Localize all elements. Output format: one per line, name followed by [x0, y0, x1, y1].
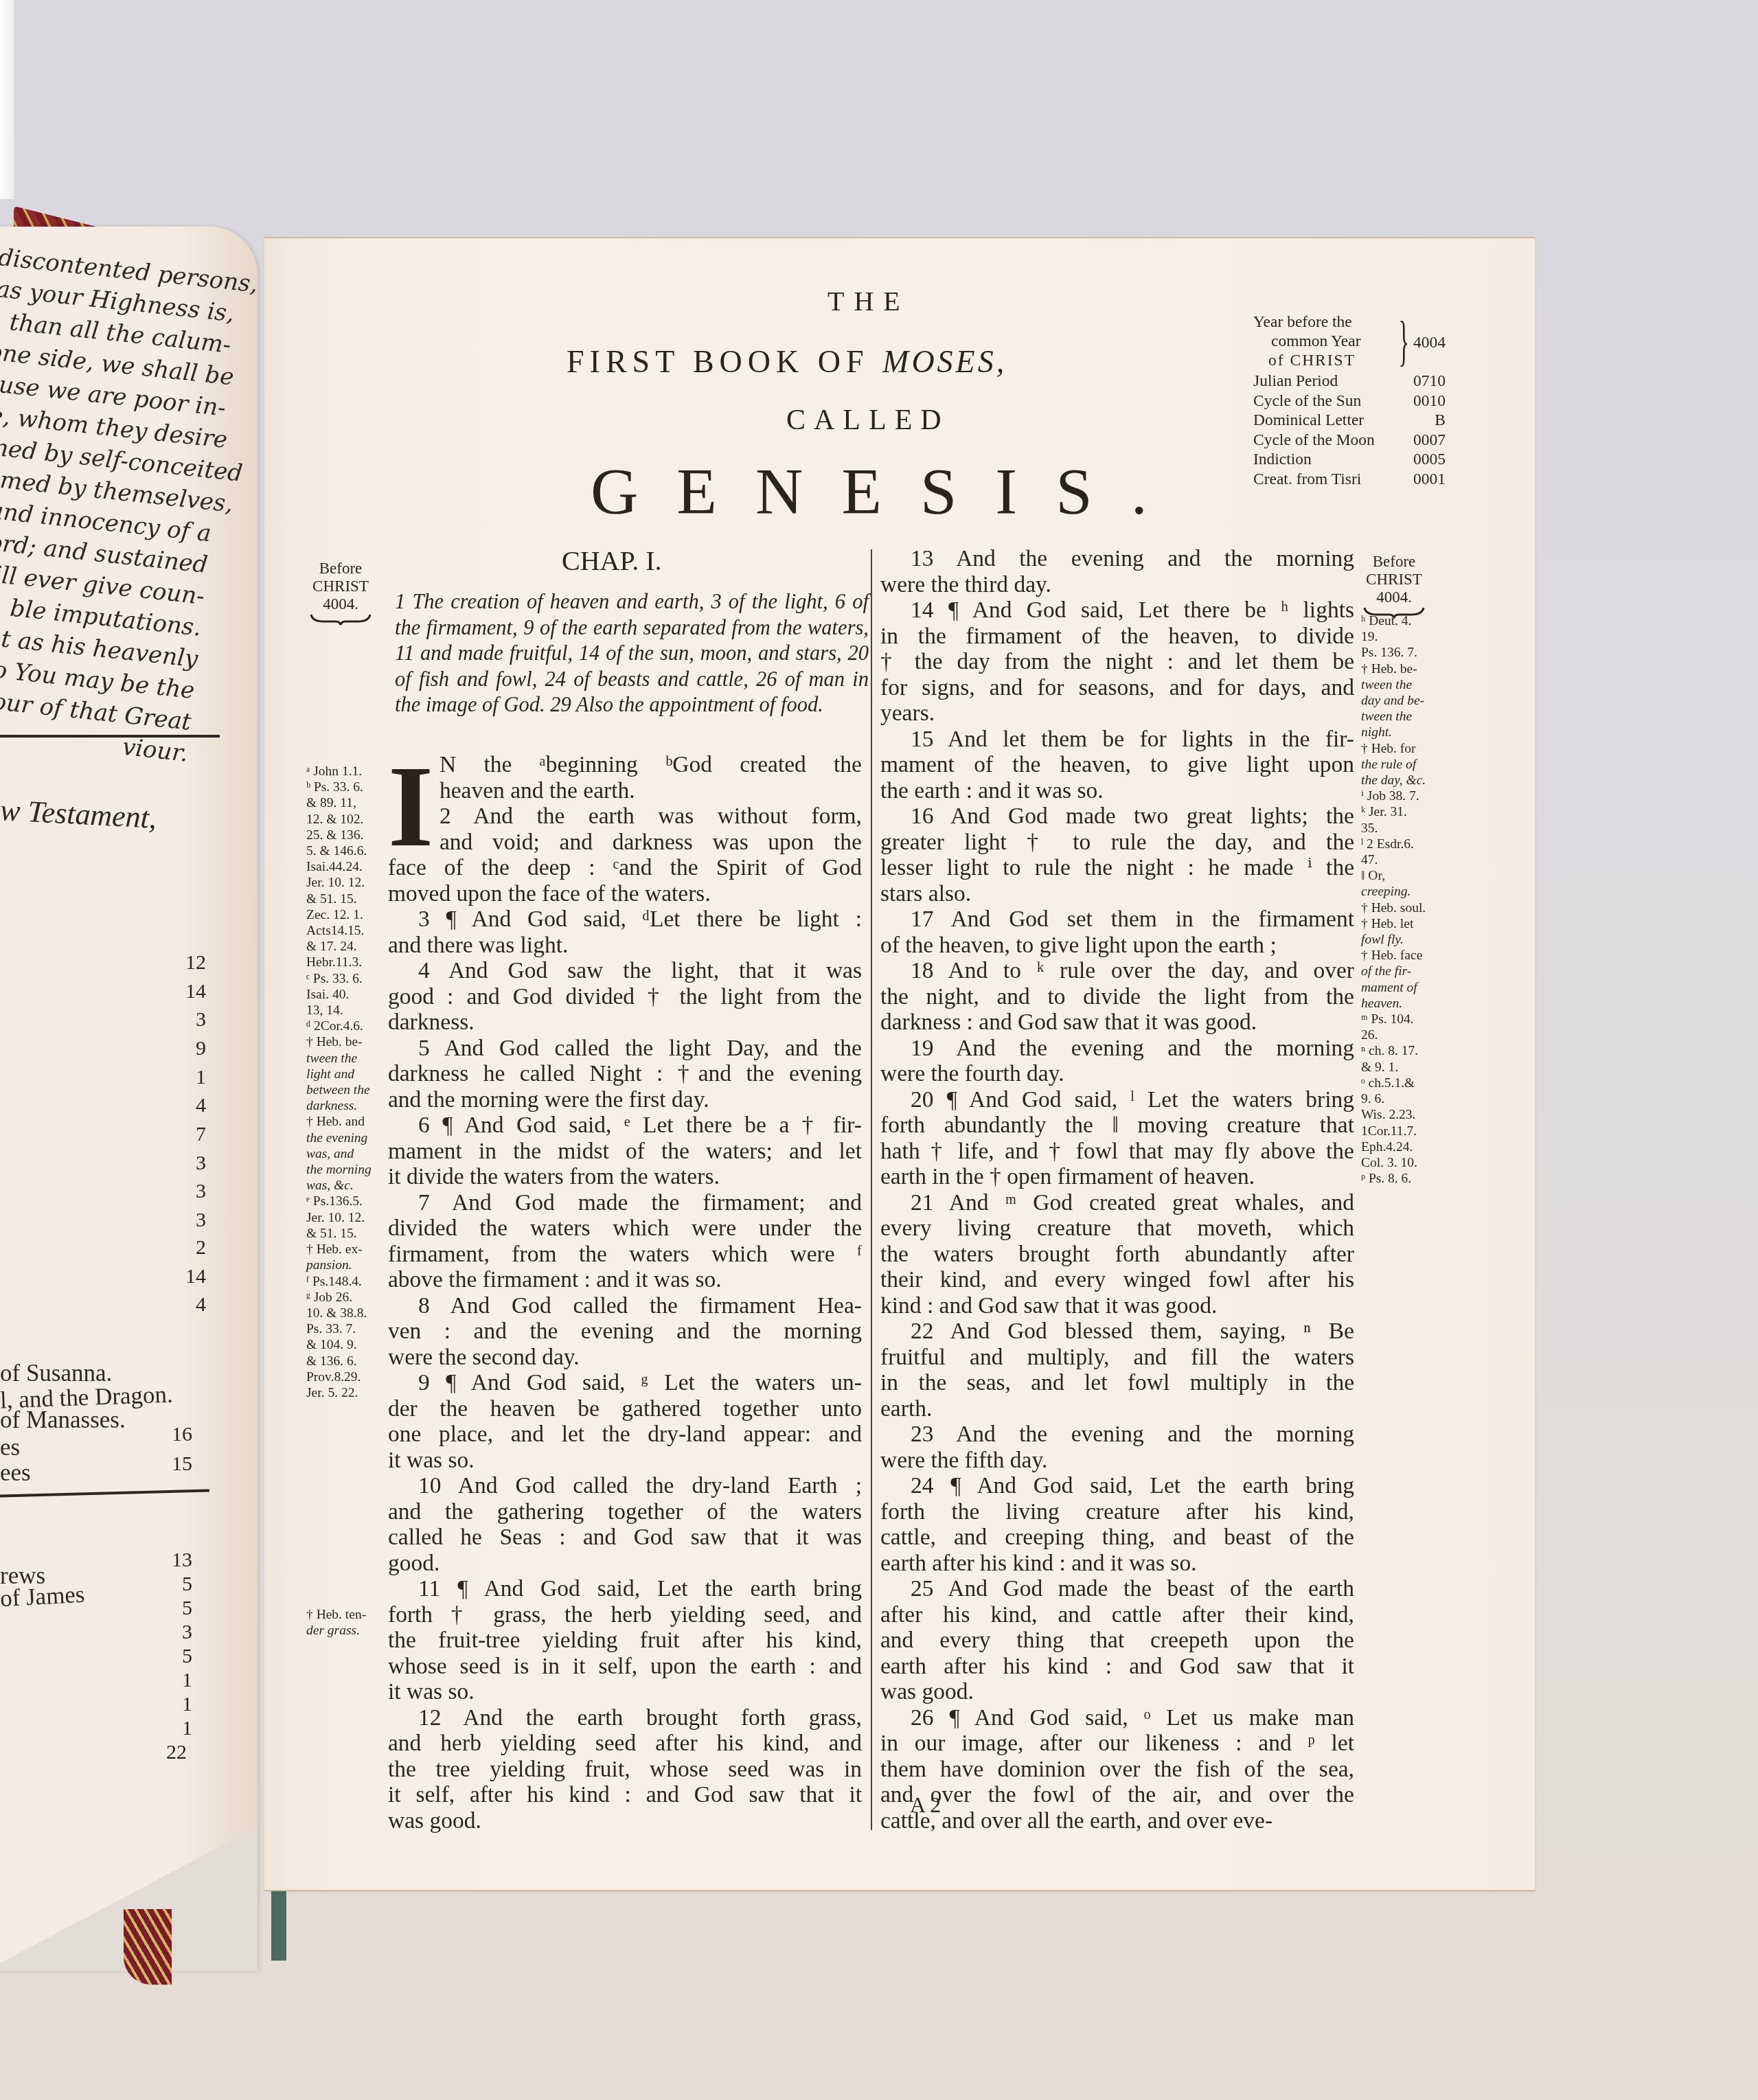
margin-note: ʰ Deut. 4.	[1361, 613, 1426, 629]
verse-line: was good.	[880, 1679, 1354, 1705]
verse-line: cattle, and creeping thing, and beast of…	[880, 1525, 1354, 1551]
verse-line: 7 And God made the firmament; and	[388, 1190, 862, 1216]
verse-line: darkness he called Night : †and the even…	[388, 1061, 862, 1087]
margin-note: the rule of	[1361, 757, 1426, 773]
margin-note: 19.	[1361, 629, 1426, 645]
chapter-count: 2	[172, 1236, 206, 1259]
margin-note: tween the	[1361, 677, 1426, 693]
margin-notes-left: ᵃ John 1.1.ᵇ Ps. 33. 6.& 89. 11,12. & 10…	[306, 764, 372, 1401]
title-the: THE	[827, 285, 910, 317]
verse-line: moved upon the face of the waters.	[388, 881, 862, 907]
year-label: 4004.	[1356, 589, 1432, 606]
verse-line: their kind, and every winged fowl after …	[880, 1267, 1354, 1293]
margin-note: Col. 3. 10.	[1361, 1155, 1426, 1171]
chapter-heading: CHAP. I.	[562, 545, 662, 577]
verse-line: were the third day.	[880, 572, 1354, 598]
chron-label: Julian Period	[1253, 372, 1338, 391]
verse-line: every living creature that moveth, which	[880, 1216, 1354, 1242]
margin-note: ᵇ Ps. 33. 6.	[306, 779, 372, 795]
verse-line: forth the living creature after his kind…	[880, 1499, 1354, 1525]
white-ribbon-marker	[0, 0, 14, 199]
year-label: 4004.	[303, 595, 378, 613]
chron-row: Dominical LetterB	[1253, 411, 1446, 431]
margin-note: ᵒ ch.5.1.&	[1361, 1075, 1426, 1091]
margin-note: 12. & 102.	[306, 812, 372, 828]
chapter-count: 12	[172, 951, 206, 974]
verse-line: 23 And the evening and the morning	[880, 1422, 1354, 1448]
margin-note: of the fir-	[1361, 963, 1426, 979]
verse-line: the night, and to divide the light from …	[880, 984, 1354, 1010]
margin-note: & 9. 1.	[1361, 1060, 1426, 1075]
chron-label: Creat. from Tisri	[1253, 470, 1361, 490]
title-first-book-of-moses: FIRST BOOK OF MOSES,	[567, 343, 1007, 380]
verse-line: and there was light.	[388, 933, 862, 959]
chapter-count: 1	[172, 1066, 206, 1089]
christ-label: CHRIST	[303, 578, 378, 595]
chron-label: common Year	[1271, 332, 1361, 352]
margin-note: heaven.	[1361, 996, 1426, 1012]
margin-note: pansion.	[306, 1257, 372, 1273]
margin-note: 25. & 136.	[306, 828, 372, 843]
verse-line: 24 ¶ And God said, Let the earth bring	[880, 1473, 1354, 1499]
verse-line: 11 ¶ And God said, Let the earth bring	[388, 1576, 862, 1602]
chapter-count: 1	[158, 1717, 192, 1740]
margin-note: 9. 6.	[1361, 1091, 1426, 1107]
margin-note: day and be-	[1361, 693, 1426, 709]
margin-note: 10. & 38.8.	[306, 1305, 372, 1321]
verse-line: earth in the † open firmament of heaven.	[880, 1164, 1354, 1190]
verse-line: of the heaven, to give light upon the ea…	[880, 933, 1354, 959]
verse-line: it self, after his kind : and God saw th…	[388, 1782, 862, 1808]
margin-note: Acts14.15.	[306, 923, 372, 939]
verse-line: 17 And God set them in the firmament	[880, 906, 1354, 933]
before-christ-right: Before CHRIST 4004.	[1356, 553, 1432, 619]
testament-heading: w Testament,	[0, 792, 157, 836]
verse-line: 10 And God called the dry-land Earth ;	[388, 1473, 862, 1499]
margin-note: ᵃ John 1.1.	[306, 764, 372, 779]
margin-note: fowl fly.	[1361, 932, 1426, 948]
margin-note-group: † Heb. ten-der grass.	[306, 1607, 366, 1639]
verse-line: hath † life, and † fowl that may fly abo…	[880, 1139, 1354, 1165]
margin-note: between the	[306, 1082, 372, 1098]
margin-note: Isai. 40.	[306, 987, 372, 1003]
horizontal-brace-icon	[310, 613, 372, 626]
margin-notes-right: ʰ Deut. 4.19.Ps. 136. 7.† Heb. be-tween …	[1361, 613, 1426, 1187]
margin-note: mament of	[1361, 980, 1426, 996]
title-moses: MOSES,	[882, 344, 1007, 379]
left-page: discontented persons, as your Highness i…	[0, 227, 258, 1971]
verse-line: and every thing that creepeth upon the	[880, 1628, 1354, 1654]
verse-line: it divide the waters from the waters.	[388, 1164, 862, 1190]
margin-note: 5. & 146.6.	[306, 843, 372, 859]
margin-note: † Heb. soul.	[1361, 900, 1426, 916]
christ-label: CHRIST	[1356, 571, 1432, 589]
chron-value: 0710	[1413, 372, 1446, 391]
verse-line: after his kind, and cattle after their k…	[880, 1602, 1354, 1628]
margin-note: ˡ 2 Esdr.6.	[1361, 836, 1426, 852]
chapter-count: 1	[158, 1669, 192, 1692]
margin-note: † Heb. be-	[1361, 661, 1426, 677]
before-label: Before	[303, 560, 378, 578]
margin-note: tween the	[306, 1051, 372, 1066]
verse-line: 25 And God made the beast of the earth	[880, 1576, 1354, 1602]
margin-note: & 104. 9.	[306, 1337, 372, 1353]
margin-note: Wis. 2.23.	[1361, 1107, 1426, 1123]
verse-line: and void; and darkness was upon the	[388, 830, 862, 856]
margin-note: 26.	[1361, 1027, 1426, 1043]
margin-note: ᵉ Ps.136.5.	[306, 1194, 372, 1209]
margin-note: ᵐ Ps. 104.	[1361, 1012, 1426, 1027]
chapter-count: 9	[172, 1037, 206, 1060]
margin-note: Ps. 136. 7.	[1361, 645, 1426, 661]
chapter-count: 3	[172, 1209, 206, 1232]
verse-line: 19 And the evening and the morning	[880, 1036, 1354, 1062]
title-called: CALLED	[786, 404, 950, 437]
apocrypha-entry: es	[0, 1434, 20, 1461]
verse-line: 22 And God blessed them, saying, ⁿ Be	[880, 1319, 1354, 1345]
chapter-count: 5	[158, 1597, 192, 1620]
chapter-summary: 1 The creation of heaven and earth, 3 of…	[395, 589, 869, 718]
margin-note: Eph.4.24.	[1361, 1139, 1426, 1155]
chapter-count: 22	[152, 1741, 187, 1764]
verse-line: earth.	[880, 1396, 1354, 1422]
verse-line: ven : and the evening and the morning	[388, 1319, 862, 1345]
verse-line: darkness : and God saw that it was good.	[880, 1009, 1354, 1036]
margin-note: ᵍ Job 26.	[306, 1290, 372, 1305]
verse-line: them have dominion over the fish of the …	[880, 1757, 1354, 1783]
curly-brace-icon: }	[1399, 314, 1409, 369]
chapter-count: 3	[158, 1621, 192, 1644]
verse-line: the tree yielding fruit, whose seed was …	[388, 1757, 862, 1783]
verse-line: earth after his kind : and it was so.	[880, 1551, 1354, 1577]
margin-note: the day, &c.	[1361, 773, 1426, 788]
verse-line: 20 ¶ And God said, ˡ Let the waters brin…	[880, 1087, 1354, 1113]
margin-note: ‖ Or,	[1361, 868, 1426, 884]
divider-rule	[0, 735, 220, 738]
margin-note: & 51. 15.	[306, 891, 372, 907]
chapter-count: 13	[158, 1549, 192, 1572]
margin-note: Ps. 33. 7.	[306, 1321, 372, 1337]
column-divider	[871, 549, 872, 1830]
verse-line: for signs, and for seasons, and for days…	[880, 675, 1354, 701]
margin-note: Isai.44.24.	[306, 859, 372, 875]
verse-line: lesser light to rule the night : he made…	[880, 855, 1354, 881]
verse-line: 15 And let them be for lights in the fir…	[880, 727, 1354, 753]
margin-note: † Heb. for	[1361, 741, 1426, 757]
margin-note: darkness.	[306, 1098, 372, 1114]
verse-line: 13 And the evening and the morning	[880, 546, 1354, 572]
verse-line: were the second day.	[388, 1345, 862, 1371]
chapter-count: 15	[158, 1452, 192, 1476]
margin-note: Prov.8.29.	[306, 1369, 372, 1385]
margin-note: & 89. 11,	[306, 795, 372, 811]
dedication-text: discontented persons, as your Highness i…	[0, 242, 253, 771]
before-christ-left: Before CHRIST 4004.	[303, 560, 378, 626]
chron-label: Cycle of the Sun	[1253, 391, 1361, 411]
verse-line: † the day from the night : and let them …	[880, 649, 1354, 675]
verse-line: 2 And the earth was without form,	[388, 803, 862, 830]
margin-note: † Heb. be-	[306, 1034, 372, 1050]
year-before-christ-row: Year before the common Year of CHRIST } …	[1253, 312, 1446, 372]
verse-line: N the ᵃbeginning ᵇGod created the	[388, 752, 862, 778]
text-column-right: 13 And the evening and the morningwere t…	[880, 546, 1354, 1834]
chron-row: Indiction0005	[1253, 450, 1446, 470]
chron-label: Indiction	[1253, 450, 1312, 470]
verse-line: forth † grass, the herb yielding seed, a…	[388, 1602, 862, 1628]
verse-line: 8 And God called the firmament Hea-	[388, 1293, 862, 1319]
title-prefix: FIRST BOOK OF	[567, 344, 882, 379]
verse-line: 6 ¶ And God said, ᵉ Let there be a † fir…	[388, 1112, 862, 1139]
green-ribbon-tail	[271, 1885, 286, 1961]
verse-line: 21 And ᵐ God created great whales, and	[880, 1190, 1354, 1216]
verse-line: darkness.	[388, 1009, 862, 1036]
chron-label: of CHRIST	[1268, 351, 1356, 371]
verse-line: the fruit-tree yielding fruit after his …	[388, 1628, 862, 1654]
margin-note: ᵈ 2Cor.4.6.	[306, 1018, 372, 1034]
margin-note: light and	[306, 1066, 372, 1082]
verse-line: 9 ¶ And God said, ᵍ Let the waters un-	[388, 1370, 862, 1396]
margin-note: Jer. 10. 12.	[306, 875, 372, 891]
verse-line: 12 And the earth brought forth grass,	[388, 1705, 862, 1731]
apocrypha-entry: ees	[0, 1459, 31, 1487]
verse-line: years.	[880, 700, 1354, 727]
epistle-entry: of James	[0, 1581, 85, 1612]
verse-line: earth after his kind : and God saw that …	[880, 1654, 1354, 1680]
chron-value: B	[1435, 411, 1446, 431]
verse-line: was good.	[388, 1808, 862, 1834]
verse-line: 3 ¶ And God said, ᵈLet there be light :	[388, 906, 862, 933]
chron-row: Creat. from Tisri0001	[1253, 470, 1446, 490]
before-label: Before	[1356, 553, 1432, 571]
chron-row: Cycle of the Sun0010	[1253, 391, 1446, 411]
verse-line: 26 ¶ And God said, ᵒ Let us make man	[880, 1705, 1354, 1731]
margin-note: Jer. 5. 22.	[306, 1385, 372, 1401]
verse-line: firmament, from the waters which were ᶠ	[388, 1242, 862, 1268]
signature-mark: A 2	[910, 1792, 941, 1818]
chapter-count: 3	[172, 1152, 206, 1175]
verse-line: and the morning were the first day.	[388, 1087, 862, 1113]
margin-note: † Heb. ten-	[306, 1607, 366, 1623]
chapter-count: 14	[172, 980, 206, 1003]
chron-value: 0007	[1413, 431, 1446, 450]
verse-line: in the firmament of the heaven, to divid…	[880, 624, 1354, 650]
margin-note: ⁱ Job 38. 7.	[1361, 788, 1426, 804]
verse-line: 14 ¶ And God said, Let there be ʰ lights	[880, 597, 1354, 624]
margin-note: was, &c.	[306, 1178, 372, 1194]
verse-line: mament of the heaven, to give light upon	[880, 752, 1354, 778]
margin-note: ᶜ Ps. 33. 6.	[306, 971, 372, 987]
margin-note: ⁿ ch. 8. 17.	[1361, 1043, 1426, 1059]
verse-line: it was so.	[388, 1679, 862, 1705]
chapter-count: 7	[172, 1123, 206, 1146]
chron-value: 0005	[1413, 450, 1446, 470]
chapter-count: 16	[158, 1423, 192, 1446]
verse-line: the earth : and it was so.	[880, 778, 1354, 804]
verse-line: and herb yielding seed after his kind, a…	[388, 1731, 862, 1757]
margin-note: & 17. 24.	[306, 939, 372, 955]
margin-note: ᶠ Ps.148.4.	[306, 1274, 372, 1290]
margin-note: 13, 14.	[306, 1003, 372, 1018]
text-column-left: N the ᵃbeginning ᵇGod created theheaven …	[388, 752, 862, 1834]
chron-row: Julian Period0710	[1253, 372, 1446, 391]
margin-note: & 51. 15.	[306, 1226, 372, 1242]
verse-line: were the fourth day.	[880, 1061, 1354, 1087]
chron-value: 4004	[1413, 333, 1446, 353]
verse-line: were the fifth day.	[880, 1448, 1354, 1474]
verse-line: the waters brought forth abundantly afte…	[880, 1242, 1354, 1268]
margin-note: Hebr.11.3.	[306, 955, 372, 970]
verse-line: and over the fowl of the air, and over t…	[880, 1782, 1354, 1808]
chapter-count: 3	[172, 1008, 206, 1031]
apocrypha-entry: of Manasses.	[0, 1406, 126, 1434]
verse-line: good.	[388, 1551, 862, 1577]
chron-label: Dominical Letter	[1253, 411, 1364, 431]
chapter-count: 5	[158, 1573, 192, 1596]
margin-note: tween the	[1361, 709, 1426, 724]
chapter-count: 4	[172, 1094, 206, 1117]
verse-line: in our image, after our likeness : and ᵖ…	[880, 1731, 1354, 1757]
chapter-count: 4	[172, 1293, 206, 1316]
verse-line: forth abundantly the ‖ moving creature t…	[880, 1112, 1354, 1139]
verse-line: good : and God divided † the light from …	[388, 984, 862, 1010]
chron-row: Cycle of the Moon0007	[1253, 431, 1446, 450]
margin-note: † Heb. ex-	[306, 1242, 372, 1257]
margin-note: creeping.	[1361, 884, 1426, 900]
chron-value: 0001	[1413, 470, 1446, 490]
verse-line: face of the deep : ᶜand the Spirit of Go…	[388, 855, 862, 881]
verse-line: fruitful and multiply, and fill the wate…	[880, 1345, 1354, 1371]
verse-line: heaven and the earth.	[388, 778, 862, 804]
chron-label: Cycle of the Moon	[1253, 431, 1375, 450]
chapter-count: 3	[172, 1180, 206, 1203]
red-gilt-headband-bottom	[124, 1909, 172, 1985]
margin-note: 1Cor.11.7.	[1361, 1123, 1426, 1139]
chron-value: 0010	[1413, 391, 1446, 411]
verse-line: mament in the midst of the waters; and l…	[388, 1139, 862, 1165]
margin-note: the morning	[306, 1162, 372, 1178]
verse-line: it was so.	[388, 1448, 862, 1474]
divider-rule	[0, 1489, 209, 1498]
verse-line: cattle, and over all the earth, and over…	[880, 1808, 1354, 1834]
verse-line: in the seas, and let fowl multiply in th…	[880, 1370, 1354, 1396]
chronology-table: Year before the common Year of CHRIST } …	[1253, 312, 1446, 489]
margin-note: Jer. 10. 12.	[306, 1210, 372, 1226]
margin-note: the evening	[306, 1130, 372, 1146]
margin-note: der grass.	[306, 1623, 366, 1639]
verse-line: 18 And to ᵏ rule over the day, and over	[880, 958, 1354, 984]
verse-line: called he Seas : and God saw that it was	[388, 1525, 862, 1551]
margin-note: ᵏ Jer. 31.	[1361, 804, 1426, 820]
verse-line: above the firmament : and it was so.	[388, 1267, 862, 1293]
margin-note: Zec. 12. 1.	[306, 907, 372, 923]
verse-line: der the heaven be gathered together unto	[388, 1396, 862, 1422]
chapter-count: 5	[158, 1645, 192, 1668]
verse-line: 16 And God made two great lights; the	[880, 803, 1354, 830]
margin-note: night.	[1361, 724, 1426, 740]
margin-note: ᵖ Ps. 8. 6.	[1361, 1171, 1426, 1187]
verse-line: stars also.	[880, 881, 1354, 907]
chron-label: Year before the	[1253, 312, 1352, 332]
verse-line: 5 And God called the light Day, and the	[388, 1036, 862, 1062]
verse-line: and the gathering together of the waters	[388, 1499, 862, 1525]
verse-line: kind : and God saw that it was good.	[880, 1293, 1354, 1319]
verse-line: greater light † to rule the day, and the	[880, 830, 1354, 856]
margin-note: † Heb. let	[1361, 916, 1426, 932]
margin-note: † Heb. face	[1361, 948, 1426, 963]
margin-note: 47.	[1361, 852, 1426, 868]
verse-line: divided the waters which were under the	[388, 1216, 862, 1242]
margin-note: & 136. 6.	[306, 1354, 372, 1369]
verse-line: one place, and let the dry-land appear: …	[388, 1422, 862, 1448]
verse-line: whose seed is in it self, upon the earth…	[388, 1654, 862, 1680]
title-genesis: GENESIS.	[591, 453, 1186, 529]
verse-line: 4 And God saw the light, that it was	[388, 958, 862, 984]
margin-note: was, and	[306, 1146, 372, 1162]
chapter-count: 1	[158, 1693, 192, 1716]
margin-note: 35.	[1361, 821, 1426, 836]
chapter-count: 14	[172, 1265, 206, 1288]
margin-note: † Heb. and	[306, 1114, 372, 1130]
